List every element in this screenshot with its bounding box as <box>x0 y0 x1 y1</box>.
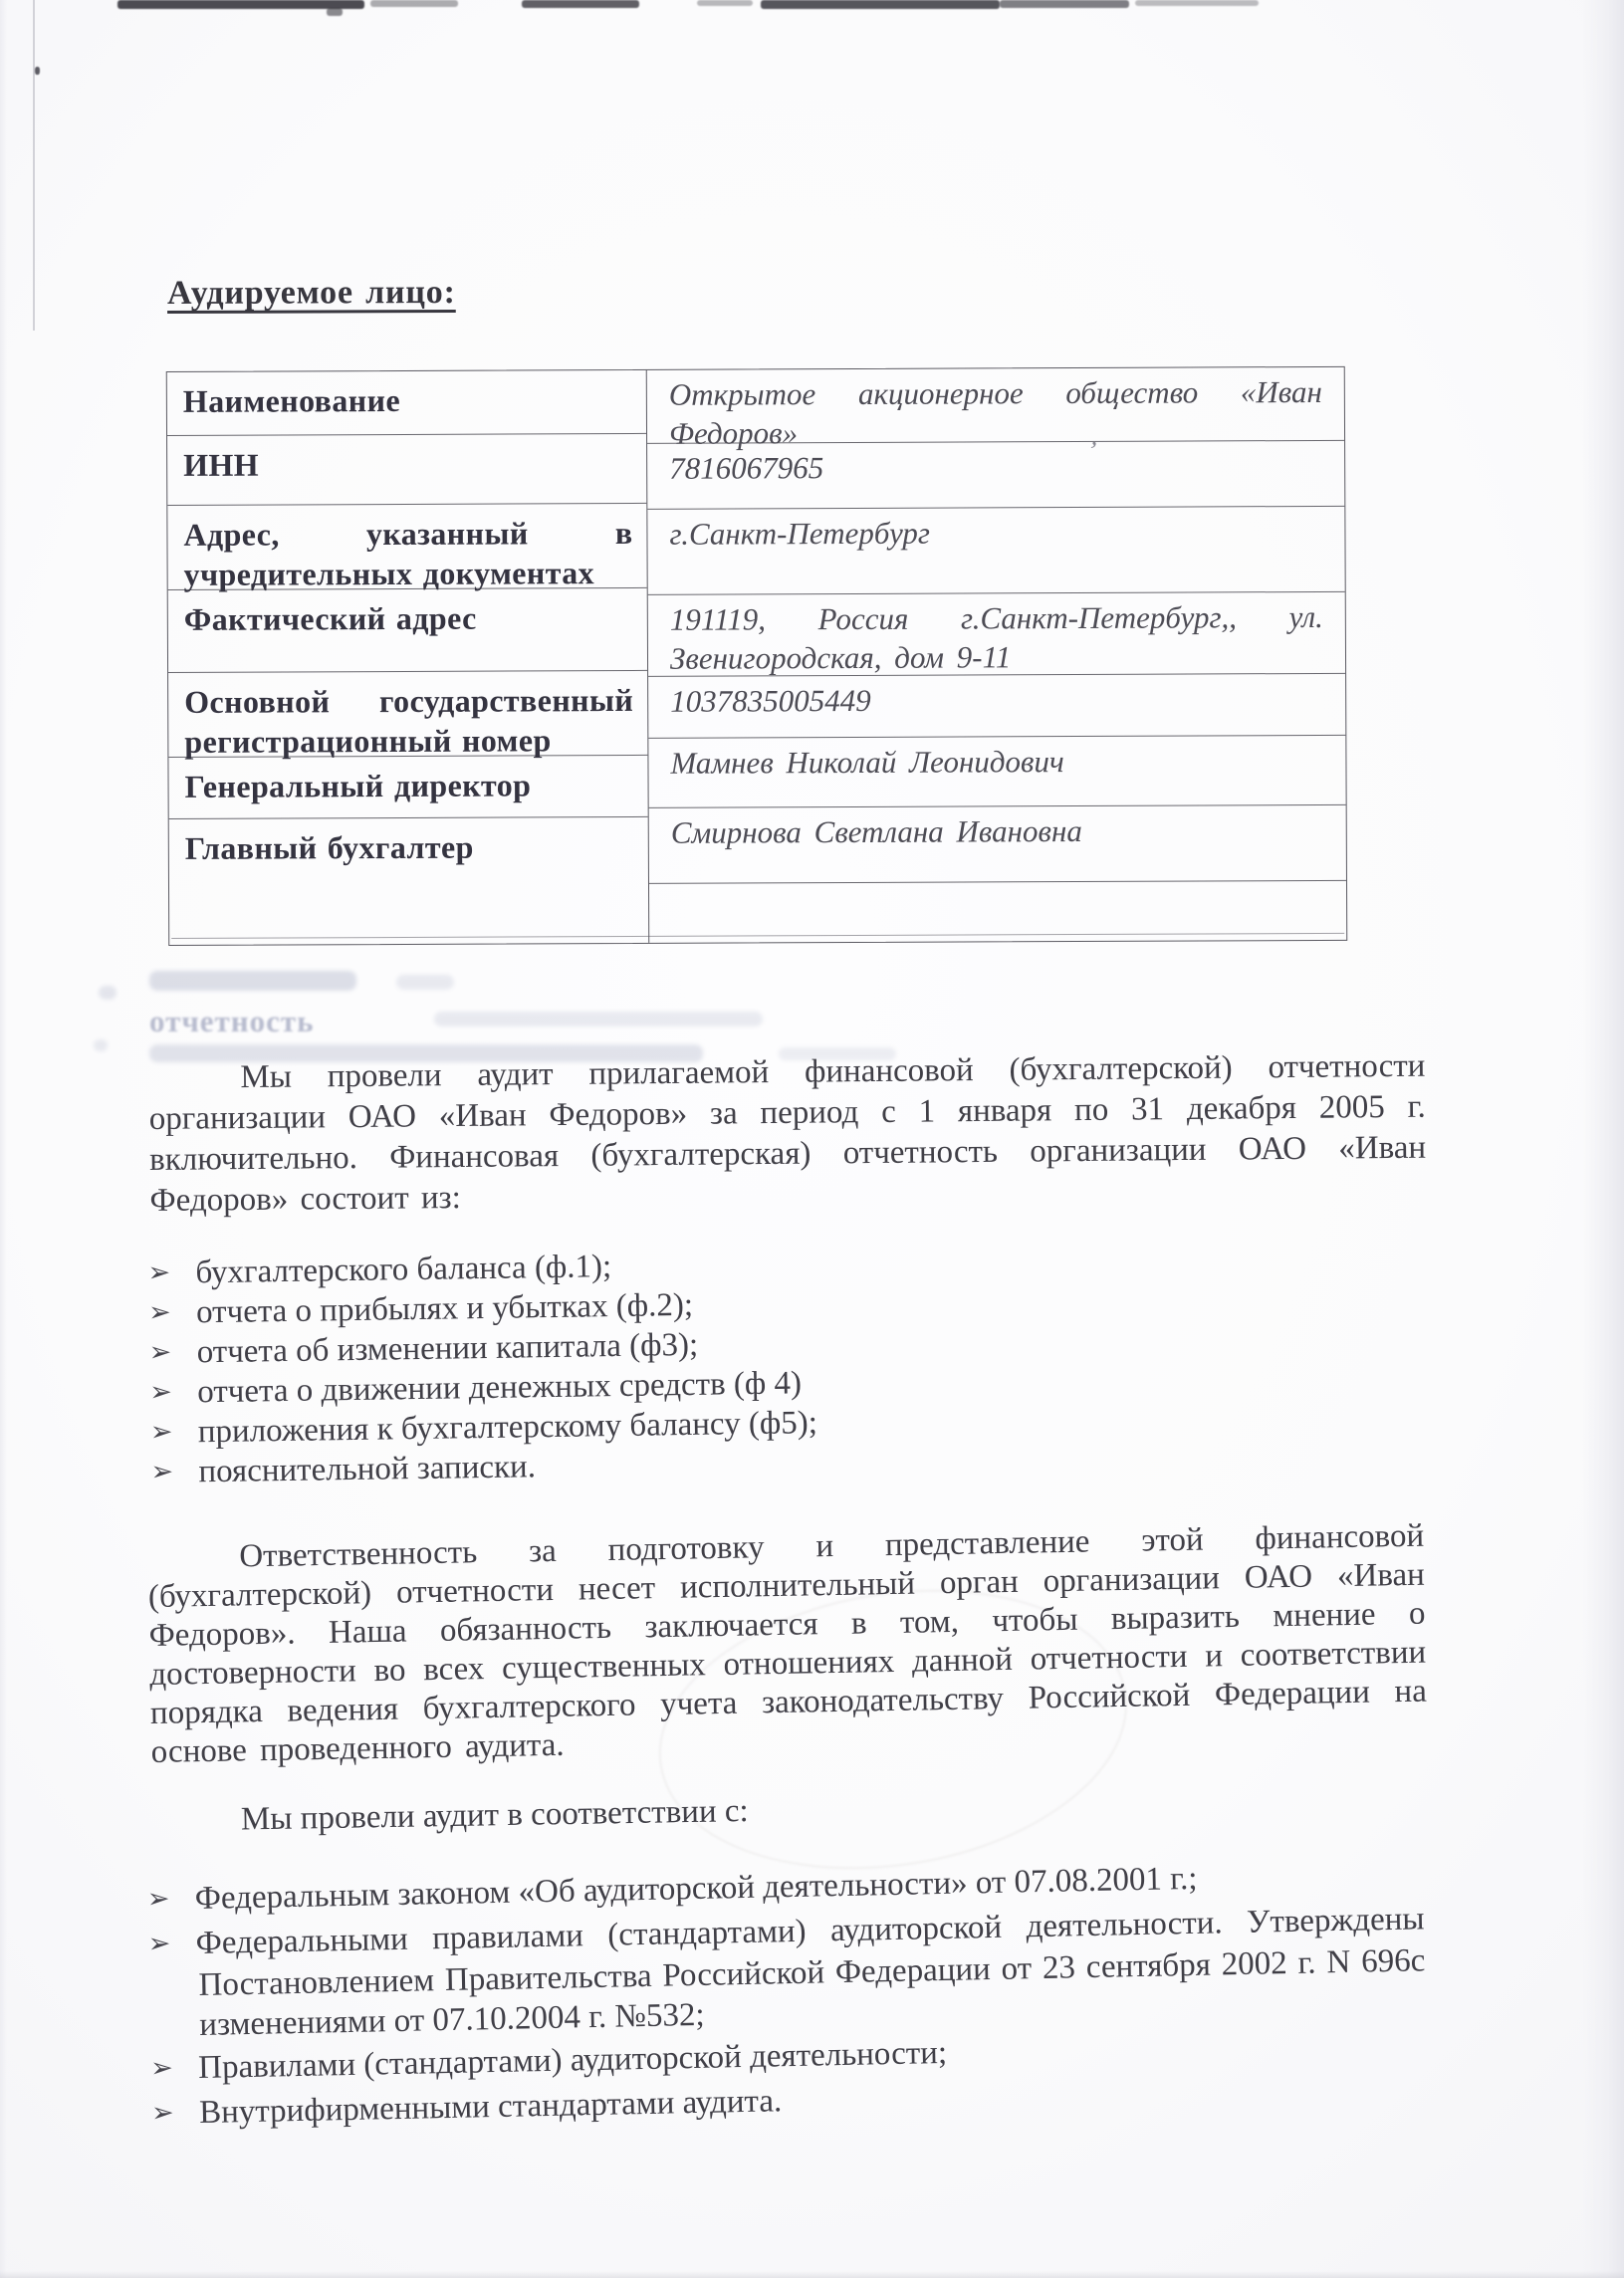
bleed-through-artifact <box>396 975 454 990</box>
paragraph-responsibility: Ответственность за подготовку и представ… <box>147 1517 1428 1772</box>
page-left-edge-shading <box>0 0 7 2278</box>
scan-top-strip-artifact <box>761 0 1000 9</box>
scan-top-strip-artifact <box>1000 0 1129 8</box>
scan-top-strip-artifact <box>522 0 639 8</box>
scan-top-strip-artifact <box>697 0 753 6</box>
arrow-bullet-icon: ➢ <box>147 1253 172 1292</box>
table-value-ogrn: 1037835005449 <box>648 674 1345 739</box>
table-label-ogrn: Основной государственный регистрационный… <box>168 671 647 758</box>
arrow-bullet-icon: ➢ <box>151 2094 176 2134</box>
page-title: Аудируемое лицо: <box>167 274 456 313</box>
standards-list: ➢Федеральным законом «Об аудиторской дея… <box>146 1854 1428 2136</box>
scan-top-strip-artifact <box>370 0 458 7</box>
page-bottom-edge-shadow <box>0 2271 1624 2278</box>
arrow-bullet-icon: ➢ <box>150 1453 175 1491</box>
bleed-through-artifact <box>434 1012 763 1026</box>
paragraph-standards-intro: Мы провели аудит в соответствии с: <box>149 1781 1426 1840</box>
table-value-accountant: Смирнова Светлана Ивановна <box>649 805 1346 884</box>
table-value-director: Мамнев Николай Леонидович <box>648 736 1345 808</box>
table-value-actual-address: 191119, Россия г.Санкт-Петербург,, ул. З… <box>648 592 1345 677</box>
paragraph-audit-scope: Мы провели аудит прилагаемой финансовой … <box>148 1046 1427 1222</box>
table-value-inn: 7816067965 <box>647 441 1344 510</box>
bleed-through-artifact <box>94 1039 108 1051</box>
table-label-inn: ИНН <box>167 434 646 506</box>
table-label-name: Наименование <box>167 370 646 436</box>
arrow-bullet-icon: ➢ <box>146 1880 171 1920</box>
arrow-bullet-icon: ➢ <box>150 1413 175 1452</box>
table-label-actual-address: Фактический адрес <box>168 588 647 673</box>
table-label-accountant: Главный бухгалтер <box>169 817 649 944</box>
scan-speck <box>35 67 40 75</box>
page-right-edge-shadow <box>1582 0 1624 2278</box>
bleed-through-artifact <box>99 986 116 1000</box>
table-label-column: Наименование ИНН Адрес, указанный в учре… <box>167 370 650 945</box>
table-value-column: Открытое акционерное общество «Иван Федо… <box>647 367 1347 943</box>
scan-top-strip-artifact <box>327 8 343 16</box>
bleed-through-ghost-word: отчетность <box>149 1004 315 1039</box>
table-label-director: Генеральный директор <box>168 756 647 819</box>
arrow-bullet-icon: ➢ <box>147 1925 172 1964</box>
arrow-bullet-icon: ➢ <box>148 1293 173 1332</box>
bleed-through-artifact <box>149 971 356 991</box>
table-value-name: Открытое акционерное общество «Иван Федо… <box>647 367 1344 444</box>
list-item: ➢Федеральными правилами (стандартами) ау… <box>147 1899 1426 2046</box>
scan-top-strip-artifact <box>1135 0 1259 6</box>
scan-crease-line <box>33 0 35 331</box>
arrow-bullet-icon: ➢ <box>148 1333 173 1372</box>
statements-list: ➢бухгалтерского баланса (ф.1); ➢отчета о… <box>147 1236 1427 1493</box>
document-body: Мы провели аудит прилагаемой финансовой … <box>149 1058 1426 2136</box>
table-label-reg-address: Адрес, указанный в учредительных докумен… <box>167 504 646 590</box>
audit-subject-table: Наименование ИНН Адрес, указанный в учре… <box>166 366 1348 946</box>
arrow-bullet-icon: ➢ <box>149 1373 174 1412</box>
arrow-bullet-icon: ➢ <box>150 2049 175 2089</box>
scanned-audit-document-page: Аудируемое лицо: Наименование ИНН Адрес,… <box>0 0 1624 2278</box>
table-value-reg-address: г.Санкт-Петербург <box>647 507 1344 595</box>
